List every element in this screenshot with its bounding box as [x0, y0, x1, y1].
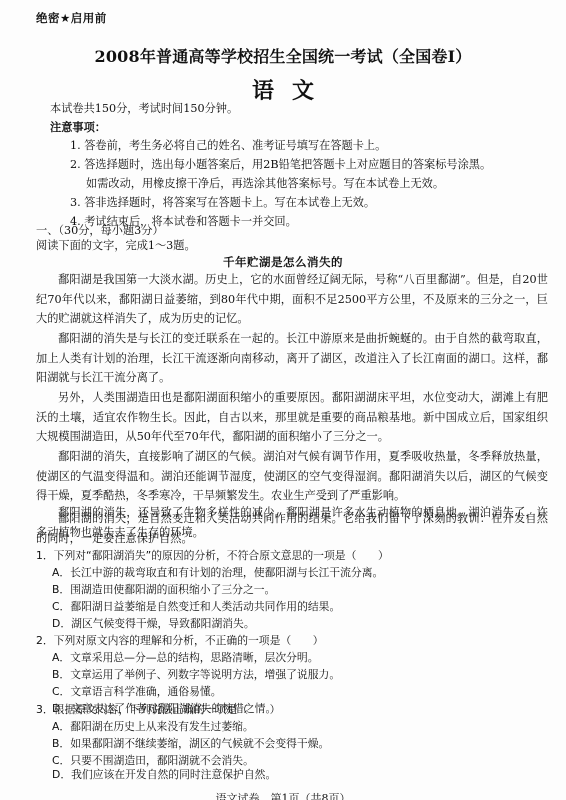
question-option-a: A．长江中游的裁弯取直和有计划的治理，使鄱阳湖与长江干流分离。 [52, 566, 383, 580]
exam-page: 绝密★启用前 2008年普通高等学校招生全国统一考试（全国卷Ⅰ） 语文 本试卷共… [0, 0, 566, 800]
passage-title: 千年贮湖是怎么消失的 [0, 254, 566, 270]
section-instruction: 阅读下面的文字，完成1～3题。 [36, 239, 196, 253]
question-option-c: C．文章语言科学准确，通俗易懂。 [52, 685, 222, 699]
question-option-a: A．鄱阳湖在历史上从来没有发生过萎缩。 [52, 720, 254, 734]
notice-heading: 注意事项： [50, 121, 106, 135]
subject-title: 语文 [0, 74, 566, 105]
passage-paragraph: 鄱阳湖的消失，直接影响了湖区的气候。湖泊对气候有调节作用，夏季吸收热量，冬季释放… [36, 447, 548, 506]
page-footer: 语文试卷 第1页（共8页） [0, 790, 566, 800]
passage-paragraph-final: 鄱阳湖的消失，是自然变迁和人类活动共同作用的结果。它给我们留下了深刻的教训：在开… [36, 509, 548, 548]
notice-item: 3. 答非选择题时，将答案写在答题卡上。写在本试卷上无效。 [70, 196, 375, 210]
question-option-c: C．鄱阳湖日益萎缩是自然变迁和人类活动共同作用的结果。 [52, 600, 340, 614]
confidential-mark: 绝密★启用前 [36, 10, 107, 26]
passage-paragraph: 鄱阳湖的消失是与长江的变迁联系在一起的。长江中游原来是曲折蜿蜒的。由于自然的截弯… [36, 329, 548, 388]
question-option-b: B．如果鄱阳湖不继续萎缩，湖区的气候就不会变得干燥。 [52, 737, 329, 751]
exam-title: 2008年普通高等学校招生全国统一考试（全国卷Ⅰ） [0, 44, 566, 67]
question-option-d: D．湖区气候变得干燥，导致鄱阳湖消失。 [52, 617, 255, 631]
question-stem: 3．根据原文内容，下列说法正确的一项是（ ） [36, 703, 280, 717]
question-option-b: B．围湖造田使鄱阳湖的面积缩小了三分之一。 [52, 583, 275, 597]
notice-item: 1. 答卷前，考生务必将自己的姓名、准考证号填写在答题卡上。 [70, 139, 386, 153]
passage-paragraph: 鄱阳湖是我国第一大淡水湖。历史上，它的水面曾经辽阔无际，号称“八百里鄱湖”。但是… [36, 270, 548, 329]
question-3-option-d: D．我们应该在开发自然的同时注意保护自然。 [52, 768, 276, 782]
question-option-c: C．只要不围湖造田，鄱阳湖就不会消失。 [52, 754, 254, 768]
section-heading: 一、（30分，每小题3分） [36, 224, 164, 238]
question-option-a: A．文章采用总—分—总的结构，思路清晰，层次分明。 [52, 651, 319, 665]
question-stem: 1．下列对“鄱阳湖消失”的原因的分析，不符合原文意思的一项是（ ） [36, 549, 389, 563]
score-time-note: 本试卷共150分，考试时间150分钟。 [50, 102, 238, 116]
notice-item: 2. 答选择题时，选出每小题答案后，用2B铅笔把答题卡上对应题目的答案标号涂黑。 [70, 158, 491, 172]
question-stem: 2．下列对原文内容的理解和分析，不正确的一项是（ ） [36, 634, 324, 648]
notice-item-continued: 如需改动，用橡皮擦干净后，再选涂其他答案标号。写在本试卷上无效。 [86, 177, 444, 191]
question-option-b: B．文章运用了举例子、列数字等说明方法，增强了说服力。 [52, 668, 340, 682]
passage-paragraph: 另外，人类围湖造田也是鄱阳湖面积缩小的重要原因。鄱阳湖湖床平坦，水位变动大，湖滩… [36, 388, 548, 447]
